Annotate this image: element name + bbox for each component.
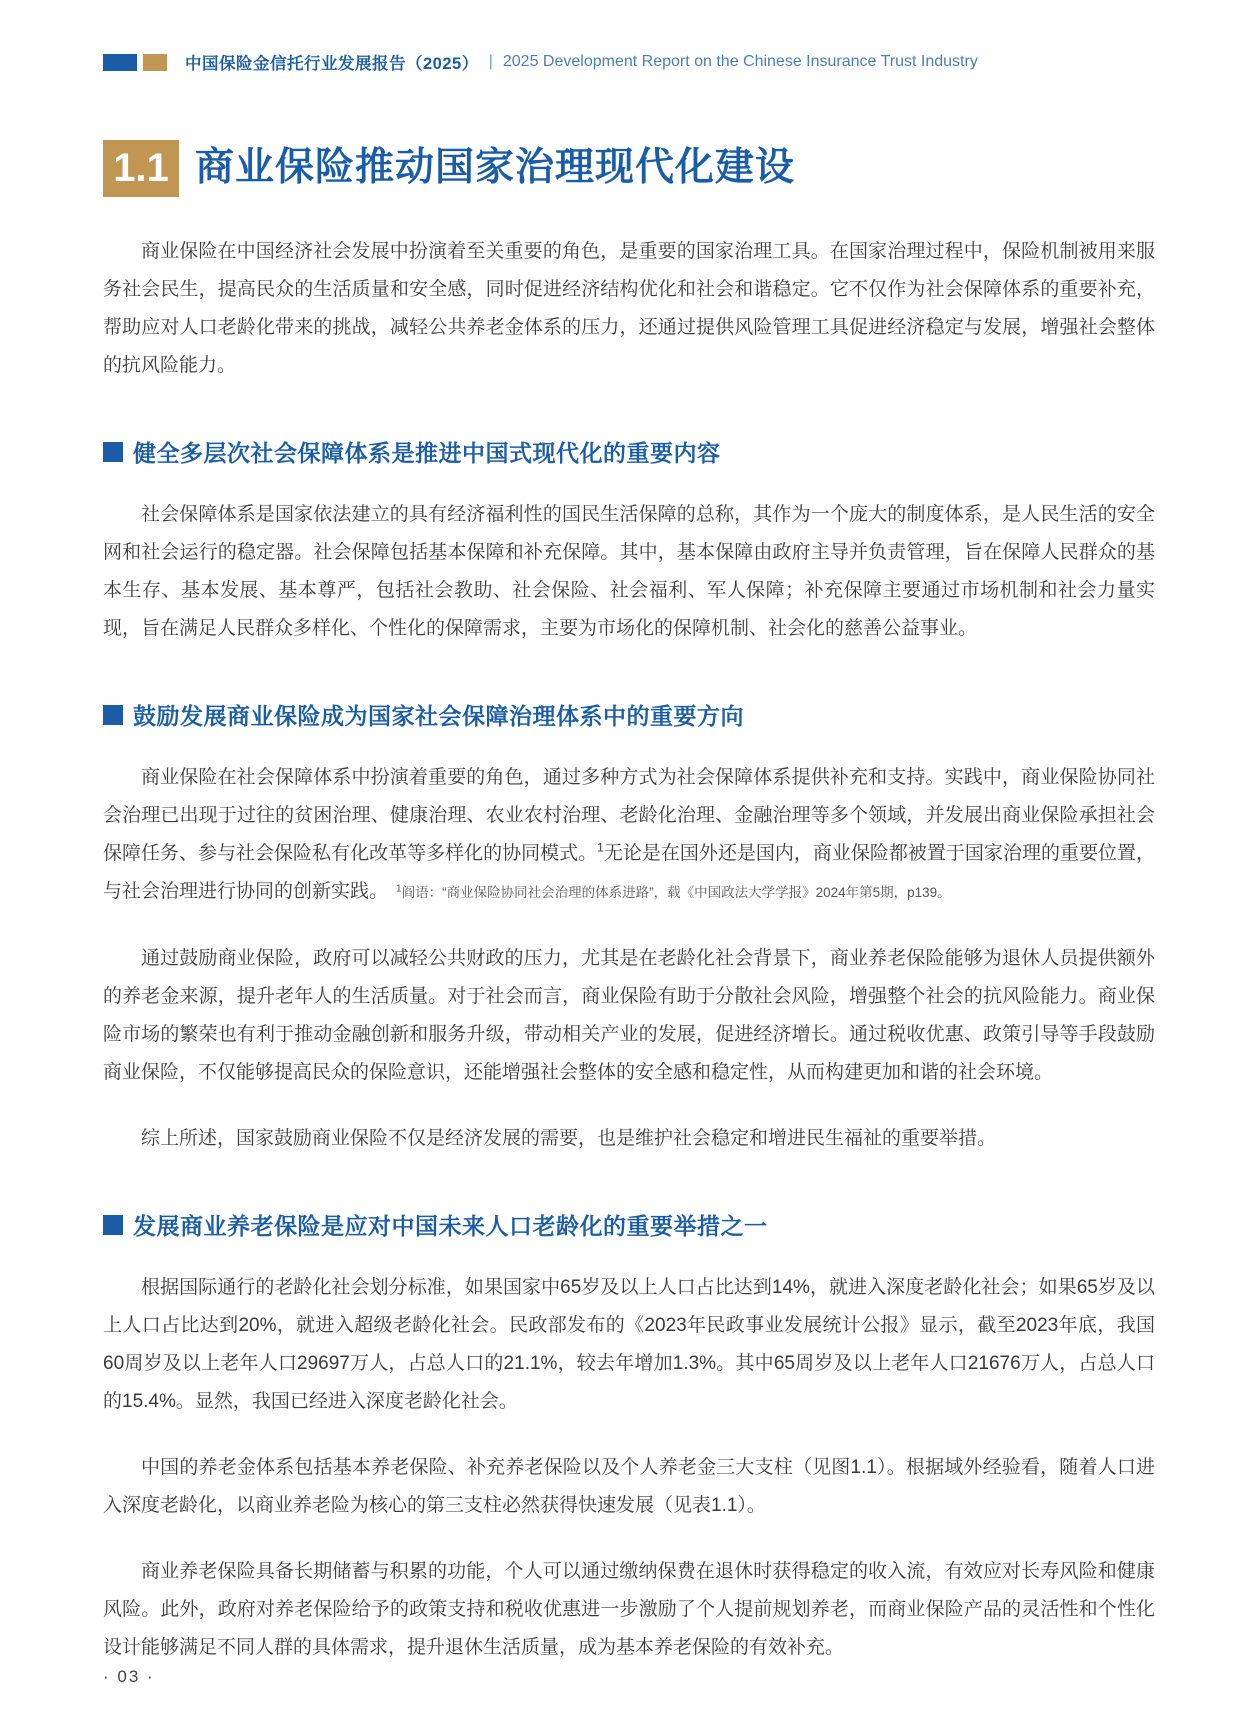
footnote-marker: 1 [597, 841, 604, 855]
section-heading: 商业保险推动国家治理现代化建设 [195, 147, 795, 190]
section-number-badge: 1.1 [103, 140, 179, 197]
section-title-block: 1.1 商业保险推动国家治理现代化建设 [103, 140, 1155, 197]
paragraph-sub2-3: 综上所述，国家鼓励商业保险不仅是经济发展的需要，也是维护社会稳定和增进民生福祉的… [103, 1120, 1155, 1158]
header-title-zh: 中国保险金信托行业发展报告（2025） [185, 50, 479, 74]
paragraph-sub2-1: 商业保险在社会保障体系中扮演着重要的角色，通过多种方式为社会保障体系提供补充和支… [103, 759, 1155, 912]
page-footer: · 03 · [103, 1667, 1155, 1701]
page-header: 中国保险金信托行业发展报告（2025） | 2025 Development R… [103, 50, 1155, 74]
paragraph-sub3-2: 中国的养老金体系包括基本养老保险、补充养老保险以及个人养老金三大支柱（见图1.1… [103, 1449, 1155, 1525]
subsection-heading-3: 发展商业养老保险是应对中国未来人口老龄化的重要举措之一 [103, 1208, 1155, 1241]
page-number: · 03 · [103, 1667, 155, 1686]
footnote-text: 阎语：“商业保险协同社会治理的体系进路”，载《中国政法大学学报》2024年第5期… [402, 885, 951, 900]
header-separator: | [489, 53, 493, 71]
paragraph-sub2-2: 通过鼓励商业保险，政府可以减轻公共财政的压力，尤其是在老龄化社会背景下，商业养老… [103, 940, 1155, 1092]
subsection-heading-2-text: 鼓励发展商业保险成为国家社会保障治理体系中的重要方向 [133, 698, 744, 731]
subsection-heading-3-text: 发展商业养老保险是应对中国未来人口老龄化的重要举措之一 [133, 1208, 768, 1241]
subsection-heading-2: 鼓励发展商业保险成为国家社会保障治理体系中的重要方向 [103, 698, 1155, 731]
logo-square-blue-icon [103, 54, 137, 71]
square-bullet-icon [103, 442, 123, 462]
paragraph-sub3-3: 商业养老保险具备长期储蓄与积累的功能，个人可以通过缴纳保费在退休时获得稳定的收入… [103, 1553, 1155, 1667]
footnote-inline: 1阎语：“商业保险协同社会治理的体系进路”，载《中国政法大学学报》2024年第5… [396, 885, 951, 900]
report-page: 中国保险金信托行业发展报告（2025） | 2025 Development R… [0, 0, 1258, 1719]
square-bullet-icon [103, 705, 123, 725]
subsection-heading-1: 健全多层次社会保障体系是推进中国式现代化的重要内容 [103, 435, 1155, 468]
logo-square-gold-icon [143, 54, 167, 71]
paragraph-intro: 商业保险在中国经济社会发展中扮演着至关重要的角色，是重要的国家治理工具。在国家治… [103, 233, 1155, 385]
paragraph-sub3-1: 根据国际通行的老龄化社会划分标准，如果国家中65岁及以上人口占比达到14%，就进… [103, 1269, 1155, 1421]
subsection-heading-1-text: 健全多层次社会保障体系是推进中国式现代化的重要内容 [133, 435, 721, 468]
square-bullet-icon [103, 1215, 123, 1235]
header-title-en: 2025 Development Report on the Chinese I… [503, 53, 978, 71]
paragraph-sub1-1: 社会保障体系是国家依法建立的具有经济福利性的国民生活保障的总称，其作为一个庞大的… [103, 496, 1155, 648]
